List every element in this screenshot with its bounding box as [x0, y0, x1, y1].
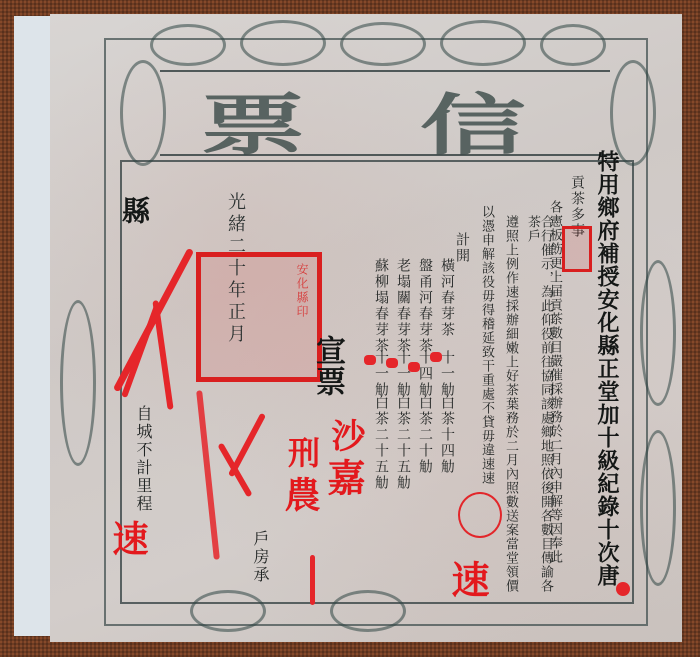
list-item-amount: 十一觔: [440, 350, 454, 398]
issuer-office: 戶房承: [252, 530, 268, 584]
body-column-4: 遵照上例作速採辦細嫩上好茶葉務於二月內照數送案當堂領價: [504, 215, 517, 595]
red-check-mark: [430, 352, 442, 362]
body-column-5: 以憑申解該役毋得稽延致干重處不貸毋違速速: [480, 205, 493, 605]
cloud-ornament: [540, 24, 606, 66]
red-check-mark: [386, 358, 398, 368]
county-label: 縣: [120, 196, 148, 225]
red-annotation-jia: 嘉: [324, 458, 362, 496]
title-char-xin: 信: [420, 72, 529, 167]
small-seal: [562, 226, 592, 272]
cloud-ornament: [240, 20, 326, 66]
red-check-mark: [364, 355, 376, 365]
white-tea-amount: 白茶二十五觔: [396, 395, 410, 491]
list-item-name: 老塌關春芽茶: [396, 258, 410, 354]
red-brush-stroke: [310, 555, 315, 605]
cloud-ornament: [120, 60, 166, 166]
red-check-mark: [408, 362, 420, 372]
red-annotation-xing: 刑: [286, 436, 318, 468]
seal-text: 安化縣印: [207, 263, 311, 371]
red-annotation-sha: 沙: [328, 418, 362, 452]
red-annotation-nong: 農: [282, 476, 318, 512]
list-item-amount: 十一觔: [374, 350, 388, 398]
title-char-piao: 票: [200, 72, 309, 167]
red-circle-mark: [458, 492, 502, 538]
list-heading: 計開: [455, 232, 469, 264]
white-tea-amount: 白茶二十觔: [418, 395, 432, 475]
list-item-name: 盤甬河春芽茶: [418, 258, 432, 354]
cloud-ornament: [440, 20, 526, 66]
official-seal: 安化縣印: [196, 252, 322, 382]
cloud-ornament: [60, 300, 96, 466]
cloud-ornament: [640, 430, 676, 586]
body-column-3: 合行催示，為此仰役前往協同該處鄉地照依後開各數目傳諭各茶戶: [526, 215, 552, 595]
white-tea-amount: 白茶二十五觔: [374, 395, 388, 491]
list-item-amount: 十一觔: [396, 350, 410, 398]
issuer-header-column: 特用鄉府補授安化縣正堂加十級紀錄十次唐: [596, 150, 618, 590]
distance-column: 自城不計里程: [135, 405, 151, 513]
cloud-ornament: [190, 590, 266, 632]
white-tea-amount: 白茶十四觔: [440, 395, 454, 475]
cloud-ornament: [330, 590, 406, 632]
reign-date-column: 光緒二十年正月: [226, 192, 244, 346]
red-annotation-su-left: 速: [110, 520, 146, 556]
issued-label: 宣票: [312, 335, 342, 397]
list-item-name: 蘇柳塌春芽茶: [374, 258, 388, 354]
list-item-name: 橫河春芽茶: [440, 258, 454, 338]
cloud-ornament: [640, 260, 676, 406]
red-dot-stamp: [616, 582, 630, 596]
cloud-ornament: [340, 22, 426, 66]
cloud-ornament: [150, 24, 226, 66]
red-annotation-su: 速: [448, 560, 486, 598]
